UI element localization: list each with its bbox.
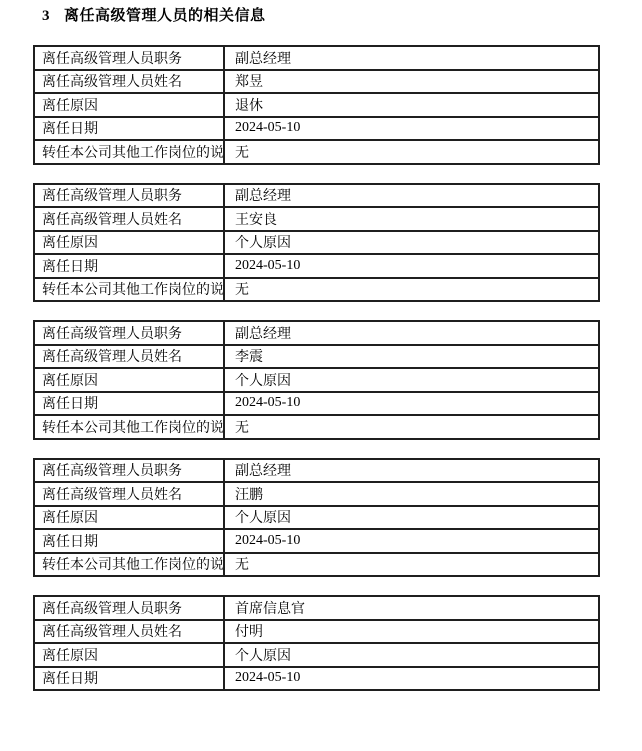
- field-value: 2024-05-10: [224, 254, 599, 278]
- table-body: 离任高级管理人员职务 副总经理 离任高级管理人员姓名 王安良 离任原因 个人原因…: [34, 184, 599, 302]
- table-row: 离任原因 退休: [34, 93, 599, 117]
- table-row: 离任原因 个人原因: [34, 506, 599, 530]
- field-label: 离任原因: [34, 231, 224, 255]
- table-row: 离任高级管理人员职务 首席信息官: [34, 596, 599, 620]
- table-row: 离任高级管理人员职务 副总经理: [34, 459, 599, 483]
- field-label: 离任高级管理人员职务: [34, 596, 224, 620]
- departure-info-table: 离任高级管理人员职务 副总经理 离任高级管理人员姓名 王安良 离任原因 个人原因…: [33, 183, 600, 303]
- field-label: 离任日期: [34, 117, 224, 141]
- document-page: 3离任高级管理人员的相关信息 离任高级管理人员职务 副总经理 离任高级管理人员姓…: [0, 0, 642, 751]
- table-row: 离任原因 个人原因: [34, 643, 599, 667]
- field-label: 离任高级管理人员职务: [34, 184, 224, 208]
- field-value: 副总经理: [224, 184, 599, 208]
- table-row: 离任原因 个人原因: [34, 368, 599, 392]
- field-label: 转任本公司其他工作岗位的说明: [34, 553, 224, 577]
- field-label: 离任原因: [34, 506, 224, 530]
- departure-info-table: 离任高级管理人员职务 副总经理 离任高级管理人员姓名 李震 离任原因 个人原因 …: [33, 320, 600, 440]
- table-row: 转任本公司其他工作岗位的说明 无: [34, 278, 599, 302]
- table-row: 离任高级管理人员职务 副总经理: [34, 46, 599, 70]
- table-row: 离任高级管理人员姓名 郑昱: [34, 70, 599, 94]
- field-value: 个人原因: [224, 231, 599, 255]
- field-label: 离任高级管理人员职务: [34, 321, 224, 345]
- table-row: 离任日期 2024-05-10: [34, 254, 599, 278]
- section-title: 3离任高级管理人员的相关信息: [33, 6, 642, 26]
- table-row: 离任原因 个人原因: [34, 231, 599, 255]
- table-row: 离任高级管理人员姓名 王安良: [34, 207, 599, 231]
- field-label: 离任高级管理人员职务: [34, 459, 224, 483]
- field-label: 离任高级管理人员姓名: [34, 620, 224, 644]
- table-row: 离任高级管理人员姓名 汪鹏: [34, 482, 599, 506]
- field-value: 2024-05-10: [224, 667, 599, 691]
- field-value: 2024-05-10: [224, 392, 599, 416]
- field-value: 副总经理: [224, 459, 599, 483]
- field-label: 离任原因: [34, 643, 224, 667]
- departure-info-table: 离任高级管理人员职务 副总经理 离任高级管理人员姓名 汪鹏 离任原因 个人原因 …: [33, 458, 600, 578]
- table-row: 转任本公司其他工作岗位的说明 无: [34, 553, 599, 577]
- table-body: 离任高级管理人员职务 副总经理 离任高级管理人员姓名 李震 离任原因 个人原因 …: [34, 321, 599, 439]
- table-body: 离任高级管理人员职务 副总经理 离任高级管理人员姓名 郑昱 离任原因 退休 离任…: [34, 46, 599, 164]
- field-label: 离任高级管理人员姓名: [34, 482, 224, 506]
- field-label: 离任日期: [34, 529, 224, 553]
- field-label: 离任高级管理人员职务: [34, 46, 224, 70]
- field-value: 退休: [224, 93, 599, 117]
- section-heading: 离任高级管理人员的相关信息: [64, 8, 266, 24]
- field-value: 个人原因: [224, 643, 599, 667]
- field-value: 无: [224, 415, 599, 439]
- field-value: 郑昱: [224, 70, 599, 94]
- table-row: 离任日期 2024-05-10: [34, 529, 599, 553]
- field-value: 李震: [224, 345, 599, 369]
- section-number: 3: [42, 6, 50, 26]
- field-label: 转任本公司其他工作岗位的说明: [34, 278, 224, 302]
- field-label: 离任原因: [34, 93, 224, 117]
- table-row: 离任日期 2024-05-10: [34, 667, 599, 691]
- field-value: 无: [224, 278, 599, 302]
- field-label: 转任本公司其他工作岗位的说明: [34, 415, 224, 439]
- field-label: 离任高级管理人员姓名: [34, 345, 224, 369]
- departure-info-table: 离任高级管理人员职务 副总经理 离任高级管理人员姓名 郑昱 离任原因 退休 离任…: [33, 45, 600, 165]
- tables-container: 离任高级管理人员职务 副总经理 离任高级管理人员姓名 郑昱 离任原因 退休 离任…: [33, 45, 642, 691]
- field-value: 无: [224, 553, 599, 577]
- field-label: 离任日期: [34, 392, 224, 416]
- table-row: 离任日期 2024-05-10: [34, 392, 599, 416]
- table-row: 离任日期 2024-05-10: [34, 117, 599, 141]
- field-label: 离任日期: [34, 254, 224, 278]
- field-value: 无: [224, 140, 599, 164]
- table-row: 转任本公司其他工作岗位的说明 无: [34, 415, 599, 439]
- table-body: 离任高级管理人员职务 副总经理 离任高级管理人员姓名 汪鹏 离任原因 个人原因 …: [34, 459, 599, 577]
- field-label: 转任本公司其他工作岗位的说明: [34, 140, 224, 164]
- table-row: 离任高级管理人员姓名 付明: [34, 620, 599, 644]
- field-value: 2024-05-10: [224, 529, 599, 553]
- field-value: 副总经理: [224, 46, 599, 70]
- table-row: 离任高级管理人员职务 副总经理: [34, 184, 599, 208]
- field-value: 2024-05-10: [224, 117, 599, 141]
- field-label: 离任日期: [34, 667, 224, 691]
- field-label: 离任高级管理人员姓名: [34, 207, 224, 231]
- table-row: 离任高级管理人员姓名 李震: [34, 345, 599, 369]
- table-row: 转任本公司其他工作岗位的说明 无: [34, 140, 599, 164]
- field-value: 首席信息官: [224, 596, 599, 620]
- field-value: 副总经理: [224, 321, 599, 345]
- field-value: 付明: [224, 620, 599, 644]
- field-value: 王安良: [224, 207, 599, 231]
- field-label: 离任高级管理人员姓名: [34, 70, 224, 94]
- departure-info-table: 离任高级管理人员职务 首席信息官 离任高级管理人员姓名 付明 离任原因 个人原因…: [33, 595, 600, 691]
- table-row: 离任高级管理人员职务 副总经理: [34, 321, 599, 345]
- table-body: 离任高级管理人员职务 首席信息官 离任高级管理人员姓名 付明 离任原因 个人原因…: [34, 596, 599, 690]
- field-label: 离任原因: [34, 368, 224, 392]
- field-value: 个人原因: [224, 368, 599, 392]
- field-value: 个人原因: [224, 506, 599, 530]
- field-value: 汪鹏: [224, 482, 599, 506]
